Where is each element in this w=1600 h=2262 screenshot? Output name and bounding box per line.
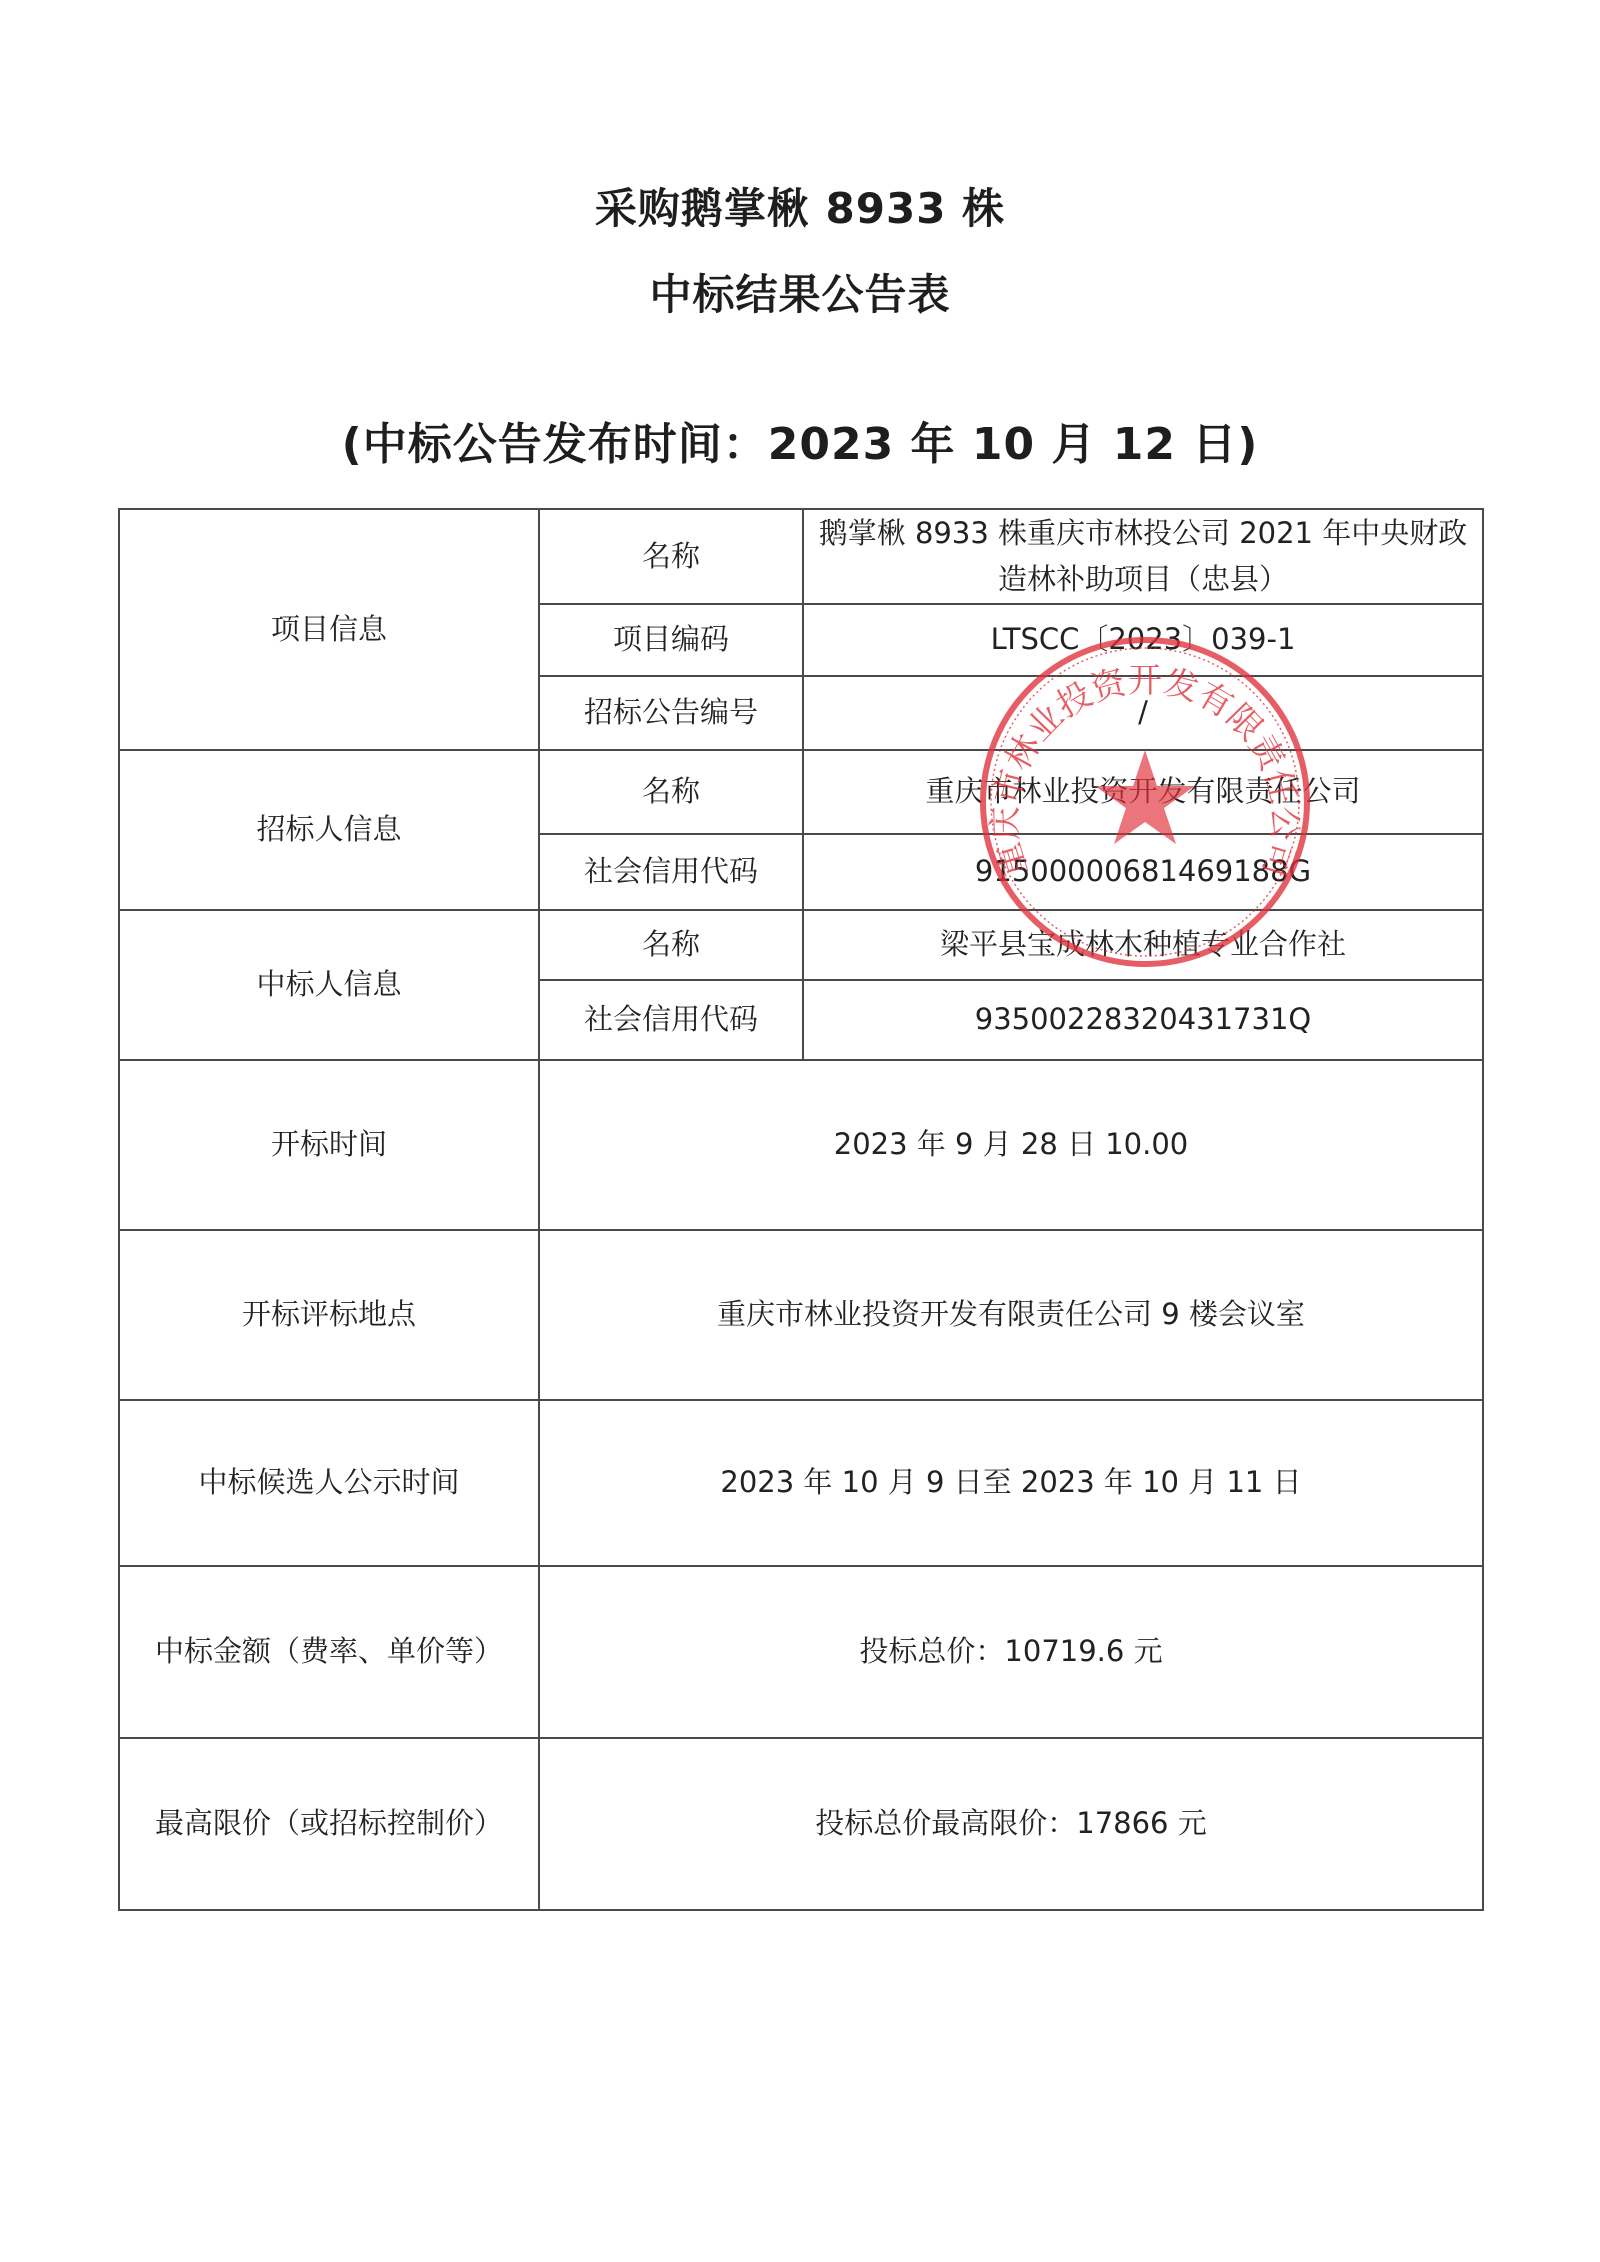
project-code-label: 项目编码 [539,604,803,676]
tenderer-name-label: 名称 [539,750,803,834]
tenderer-info-label: 招标人信息 [119,750,539,910]
open-time-label: 开标时间 [119,1060,539,1230]
result-table: 项目信息 名称 鹅掌楸 8933 株重庆市林投公司 2021 年中央财政造林补助… [118,508,1484,1911]
open-time-value: 2023 年 9 月 28 日 10.00 [539,1060,1483,1230]
publicity-period-value: 2023 年 10 月 9 日至 2023 年 10 月 11 日 [539,1400,1483,1566]
winner-credit-value: 93500228320431731Q [803,980,1483,1060]
location-label: 开标评标地点 [119,1230,539,1400]
table-row: 中标金额（费率、单价等） 投标总价：10719.6 元 [119,1566,1483,1738]
max-price-value: 投标总价最高限价：17866 元 [539,1738,1483,1910]
table-row: 项目信息 名称 鹅掌楸 8933 株重庆市林投公司 2021 年中央财政造林补助… [119,509,1483,604]
tenderer-credit-label: 社会信用代码 [539,834,803,910]
winner-name-label: 名称 [539,910,803,980]
bid-amount-value: 投标总价：10719.6 元 [539,1566,1483,1738]
bid-amount-label: 中标金额（费率、单价等） [119,1566,539,1738]
publicity-period-label: 中标候选人公示时间 [119,1400,539,1566]
tenderer-name-value: 重庆市林业投资开发有限责任公司 [803,750,1483,834]
table-row: 中标候选人公示时间 2023 年 10 月 9 日至 2023 年 10 月 1… [119,1400,1483,1566]
document-subtitle: 中标结果公告表 [0,262,1600,322]
table-row: 最高限价（或招标控制价） 投标总价最高限价：17866 元 [119,1738,1483,1910]
notice-no-label: 招标公告编号 [539,676,803,750]
winner-name-value: 梁平县宝成林木种植专业合作社 [803,910,1483,980]
table-row: 开标时间 2023 年 9 月 28 日 10.00 [119,1060,1483,1230]
tenderer-credit-value: 91500000681469188G [803,834,1483,910]
project-name-label: 名称 [539,509,803,604]
notice-no-value: / [803,676,1483,750]
project-code-value: LTSCC〔2023〕039-1 [803,604,1483,676]
max-price-label: 最高限价（或招标控制价） [119,1738,539,1910]
table-row: 中标人信息 名称 梁平县宝成林木种植专业合作社 [119,910,1483,980]
project-name-value: 鹅掌楸 8933 株重庆市林投公司 2021 年中央财政造林补助项目（忠县） [803,509,1483,604]
project-info-label: 项目信息 [119,509,539,750]
table-row: 开标评标地点 重庆市林业投资开发有限责任公司 9 楼会议室 [119,1230,1483,1400]
table-row: 招标人信息 名称 重庆市林业投资开发有限责任公司 [119,750,1483,834]
document-title: 采购鹅掌楸 8933 株 [0,176,1600,236]
location-value: 重庆市林业投资开发有限责任公司 9 楼会议室 [539,1230,1483,1400]
publish-date: (中标公告发布时间：2023 年 10 月 12 日) [0,408,1600,472]
winner-credit-label: 社会信用代码 [539,980,803,1060]
winner-info-label: 中标人信息 [119,910,539,1060]
